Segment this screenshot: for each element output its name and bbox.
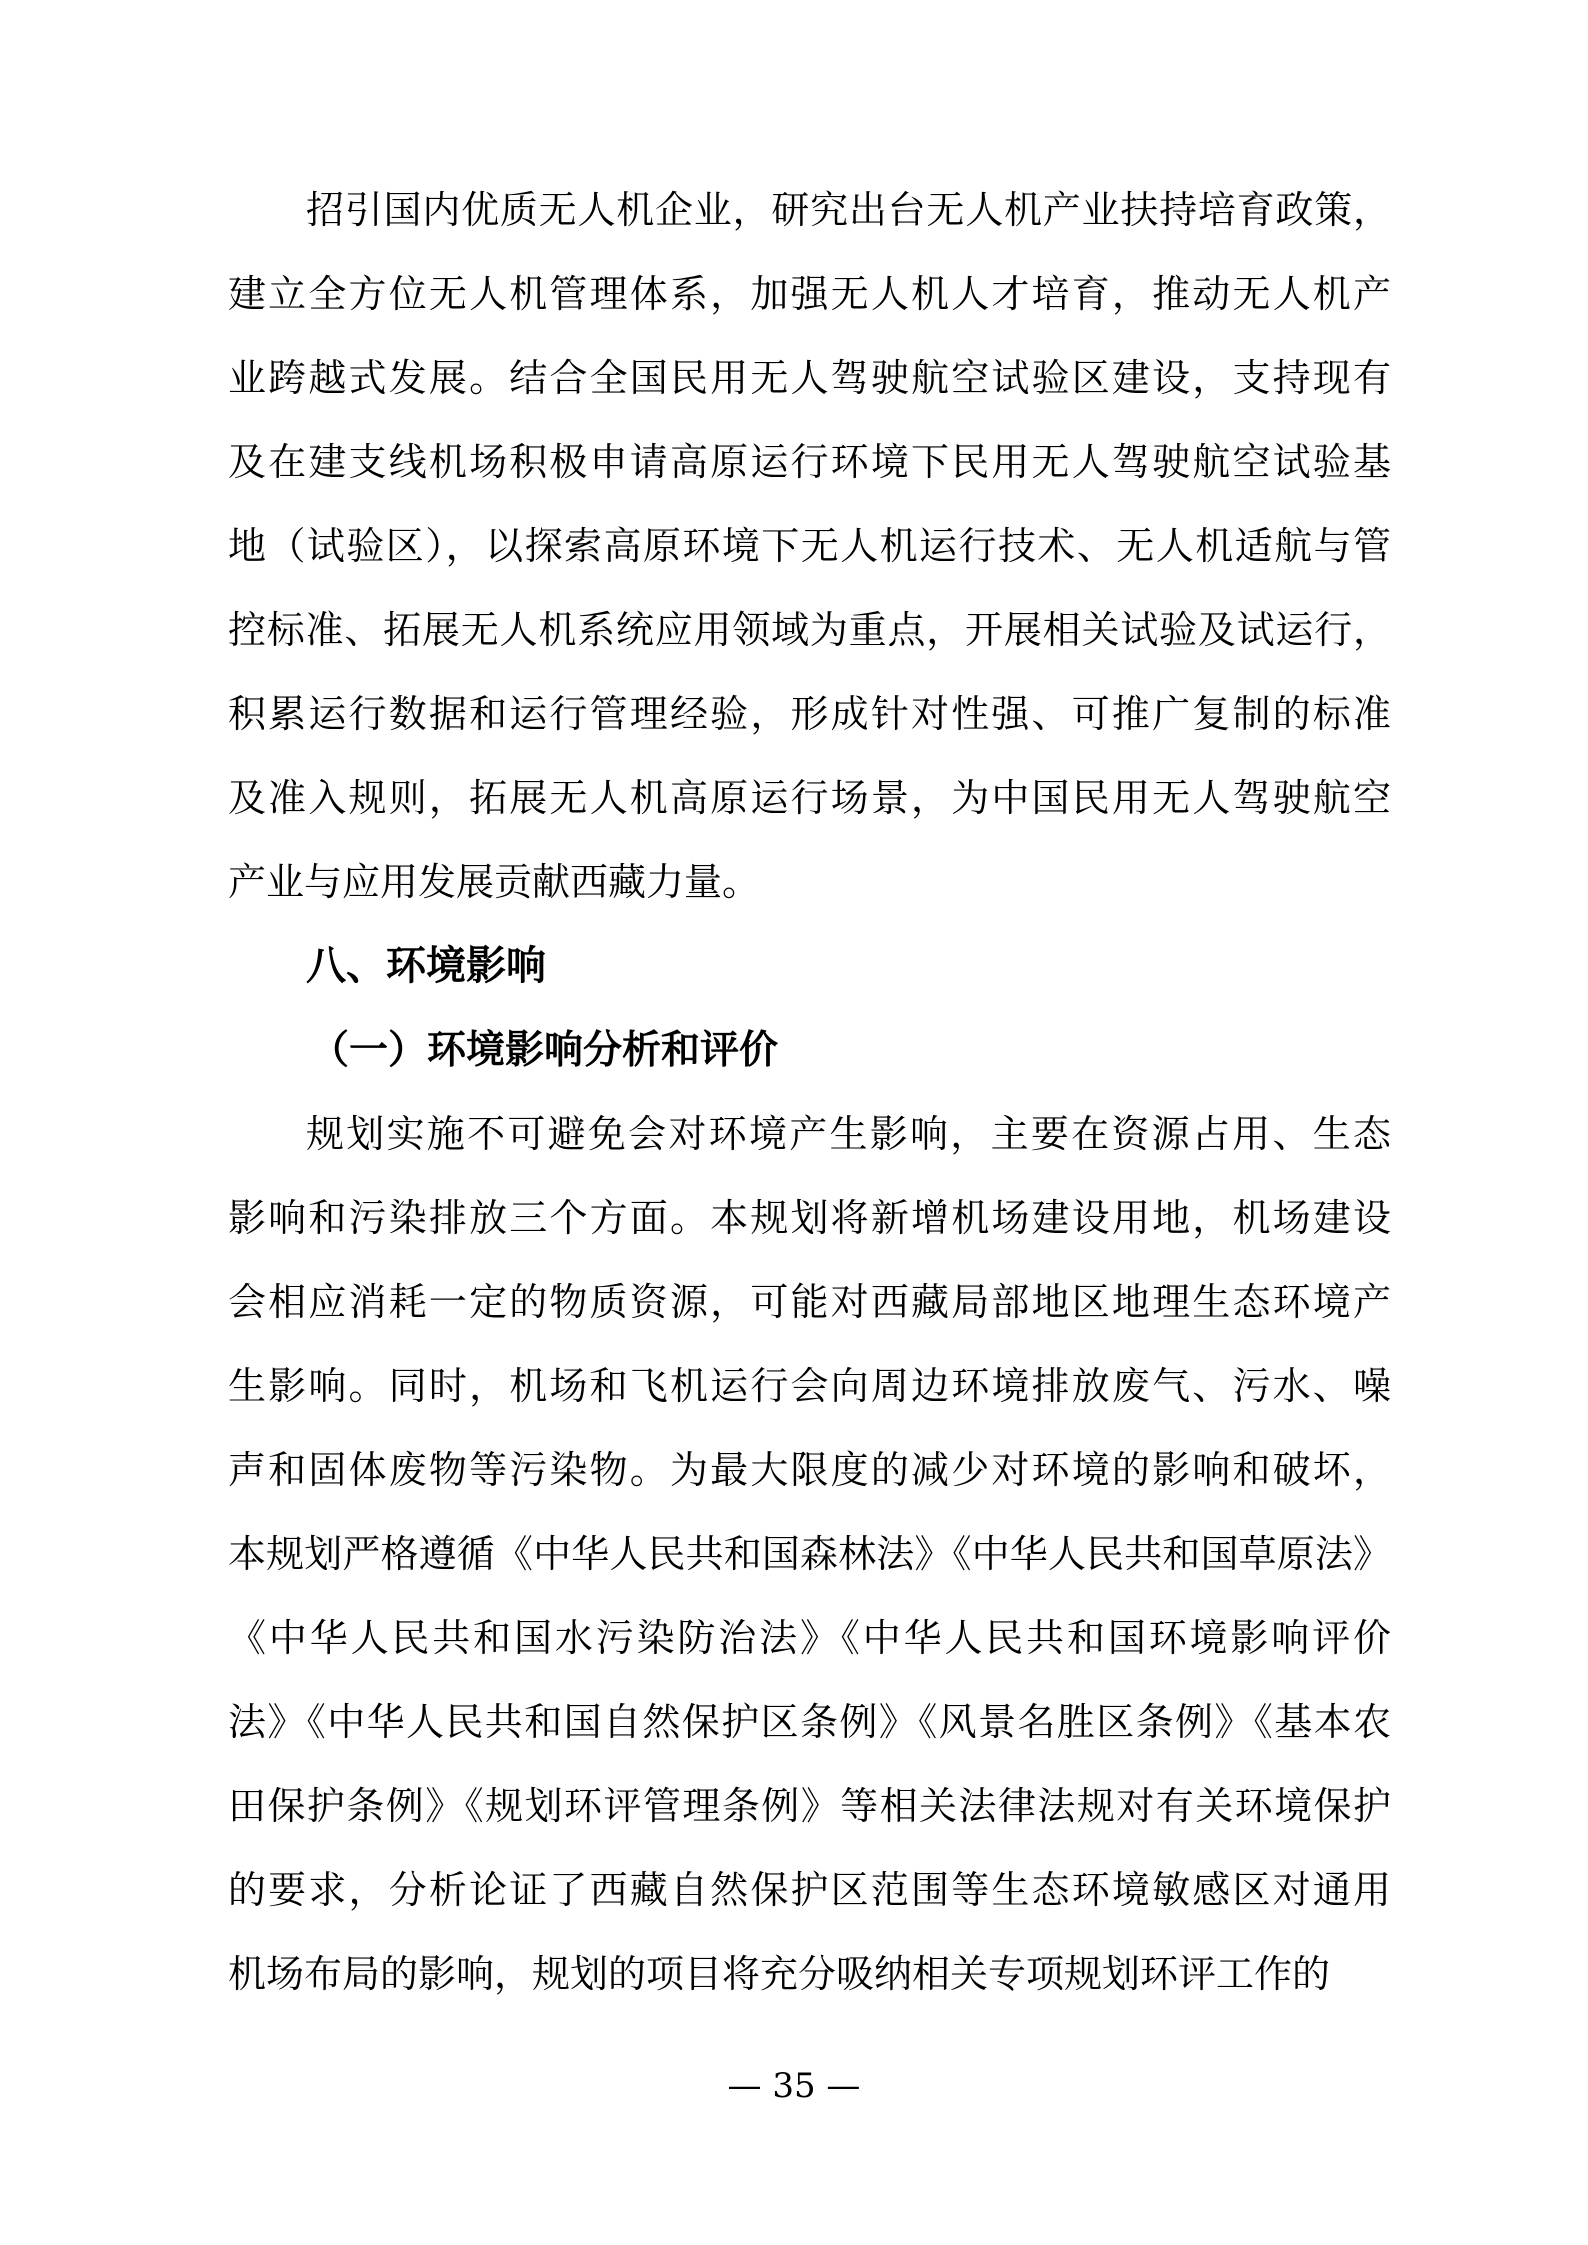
paragraph-line: 声和固体废物等污染物。为最大限度的减少对环境的影响和破坏， xyxy=(228,1428,1391,1512)
paragraph-line: 《中华人民共和国水污染防治法》《中华人民共和国环境影响评价 xyxy=(228,1596,1391,1680)
paragraph-line: 法》《中华人民共和国自然保护区条例》《风景名胜区条例》《基本农 xyxy=(228,1680,1391,1764)
paragraph-line: 控标准、拓展无人机系统应用领域为重点，开展相关试验及试运行， xyxy=(228,588,1391,672)
paragraph-line: 地（试验区），以探索高原环境下无人机运行技术、无人机适航与管 xyxy=(228,504,1391,588)
document-page: 招引国内优质无人机企业，研究出台无人机产业扶持培育政策， 建立全方位无人机管理体… xyxy=(0,0,1588,2245)
paragraph-line: 的要求，分析论证了西藏自然保护区范围等生态环境敏感区对通用 xyxy=(228,1848,1391,1932)
subsection-heading: （一）环境影响分析和评价 xyxy=(228,1008,1391,1092)
document-body: 招引国内优质无人机企业，研究出台无人机产业扶持培育政策， 建立全方位无人机管理体… xyxy=(228,168,1391,2016)
section-heading: 八、环境影响 xyxy=(228,924,1391,1008)
paragraph-line: 会相应消耗一定的物质资源，可能对西藏局部地区地理生态环境产 xyxy=(228,1260,1391,1344)
paragraph-line: 建立全方位无人机管理体系，加强无人机人才培育，推动无人机产 xyxy=(228,252,1391,336)
paragraph-line: 生影响。同时，机场和飞机运行会向周边环境排放废气、污水、噪 xyxy=(228,1344,1391,1428)
page-number: — 35 — xyxy=(0,2064,1588,2108)
paragraph-line: 机场布局的影响，规划的项目将充分吸纳相关专项规划环评工作的 xyxy=(228,1932,1391,2016)
paragraph-line: 及在建支线机场积极申请高原运行环境下民用无人驾驶航空试验基 xyxy=(228,420,1391,504)
paragraph-line: 产业与应用发展贡献西藏力量。 xyxy=(228,840,1391,924)
paragraph-line: 及准入规则，拓展无人机高原运行场景，为中国民用无人驾驶航空 xyxy=(228,756,1391,840)
paragraph-line: 本规划严格遵循《中华人民共和国森林法》《中华人民共和国草原法》 xyxy=(228,1512,1391,1596)
paragraph-line: 业跨越式发展。结合全国民用无人驾驶航空试验区建设，支持现有 xyxy=(228,336,1391,420)
paragraph-line: 影响和污染排放三个方面。本规划将新增机场建设用地，机场建设 xyxy=(228,1176,1391,1260)
paragraph-line: 积累运行数据和运行管理经验，形成针对性强、可推广复制的标准 xyxy=(228,672,1391,756)
paragraph-line: 田保护条例》《规划环评管理条例》等相关法律法规对有关环境保护 xyxy=(228,1764,1391,1848)
paragraph-line: 招引国内优质无人机企业，研究出台无人机产业扶持培育政策， xyxy=(228,168,1391,252)
paragraph-line: 规划实施不可避免会对环境产生影响，主要在资源占用、生态 xyxy=(228,1092,1391,1176)
